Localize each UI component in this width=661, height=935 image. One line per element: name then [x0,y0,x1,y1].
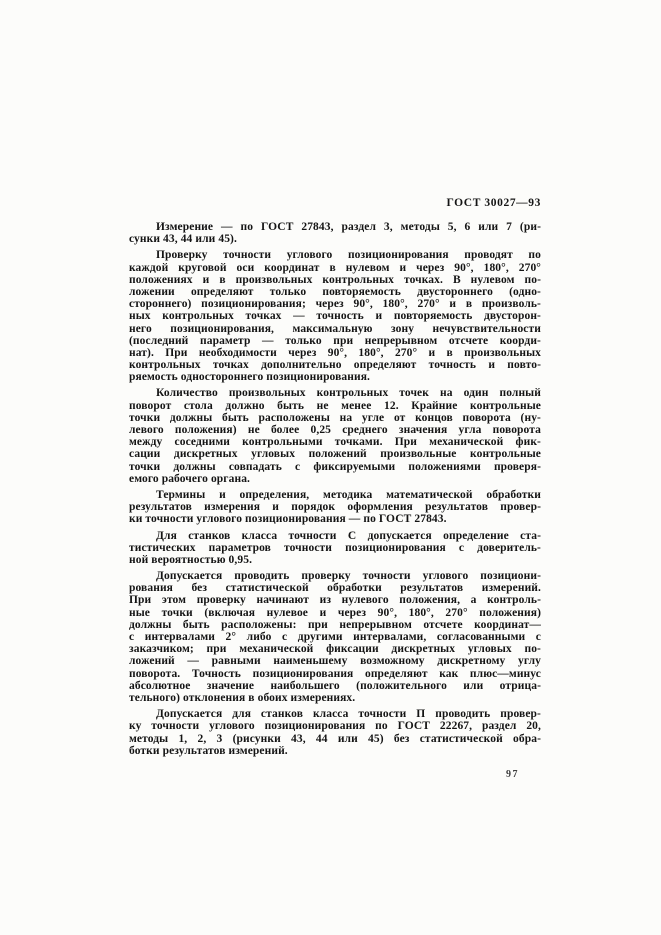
text-line: контрольных точках дополнительно определ… [129,359,541,371]
text-line: поворот стола должно быть не менее 12. К… [129,400,541,412]
text-line: ных контрольных точках — точность и повт… [129,310,541,322]
paragraph: Термины и определения, методика математи… [129,489,541,526]
text-line: Измерение — по ГОСТ 27843, раздел 3, мет… [129,221,541,233]
text-line: должны быть расположены: при непрерывном… [129,619,541,631]
text-line: нат). При необходимости через 90°, 180°,… [129,347,541,359]
text-line: Для станков класса точности С допускаетс… [129,530,541,542]
document-page: ГОСТ 30027—93 Измерение — по ГОСТ 27843,… [0,0,661,935]
text-line: ку точности углового позиционирования по… [129,720,541,732]
text-line: (последний параметр — только при непреры… [129,335,541,347]
text-line: точки должны совпадать с фиксируемыми по… [129,461,541,473]
text-line: ные точки (включая нулевое и через 90°, … [129,607,541,619]
text-line: заказчиком; при механической фиксации ди… [129,643,541,655]
text-line: ложений — равными наименьшему возможному… [129,655,541,667]
text-line: ряемость одностороннего позиционирования… [129,371,541,383]
standard-number-header: ГОСТ 30027—93 [129,197,541,209]
text-line: точки должны быть расположены на угле от… [129,412,541,424]
text-line: стороннего) позиционирования; через 90°,… [129,298,541,310]
text-line: рования без статистической обработки рез… [129,582,541,594]
text-line: с интервалами 2° либо с другими интервал… [129,631,541,643]
text-line: абсолютное значение наибольшего (положит… [129,680,541,692]
text-line: Термины и определения, методика математи… [129,489,541,501]
text-line: результатов измерения и порядок оформлен… [129,501,541,513]
text-column: Измерение — по ГОСТ 27843, раздел 3, мет… [129,221,541,757]
paragraph: Измерение — по ГОСТ 27843, раздел 3, мет… [129,221,541,245]
paragraph: Допускается для станков класса точности … [129,708,541,757]
text-line: ки точности углового позиционирования — … [129,513,541,525]
text-line: поворота. Точность позиционирования опре… [129,668,541,680]
text-line: Допускается проводить проверку точности … [129,570,541,582]
text-line: методы 1, 2, 3 (рисунки 43, 44 или 45) б… [129,733,541,745]
text-line: него позиционирования, максимальную зону… [129,323,541,335]
paragraph: Количество произвольных контрольных точе… [129,387,541,485]
text-line: каждой круговой оси координат в нулевом … [129,262,541,274]
text-line: Проверку точности углового позиционирова… [129,249,541,261]
text-line: ной вероятностью 0,95. [129,554,541,566]
page-number: 97 [506,769,519,780]
paragraph: Допускается проводить проверку точности … [129,570,541,704]
text-line: При этом проверку начинают из нулевого п… [129,594,541,606]
text-line: между соседними контрольными точками. Пр… [129,436,541,448]
text-line: положениях и в произвольных контрольных … [129,274,541,286]
text-line: емого рабочего органа. [129,473,541,485]
text-line: ботки результатов измерений. [129,745,541,757]
text-line: тистических параметров точности позицион… [129,542,541,554]
paragraph: Проверку точности углового позиционирова… [129,249,541,383]
text-line: ложении определяют только повторяемость … [129,286,541,298]
paragraph: Для станков класса точности С допускаетс… [129,530,541,567]
text-line: сации дискретных угловых положений произ… [129,448,541,460]
text-line: левого положения) не более 0,25 среднего… [129,424,541,436]
text-line: тельного) отклонения в обоих измерениях. [129,692,541,704]
text-line: Допускается для станков класса точности … [129,708,541,720]
text-line: Количество произвольных контрольных точе… [129,387,541,399]
text-line: сунки 43, 44 или 45). [129,233,541,245]
